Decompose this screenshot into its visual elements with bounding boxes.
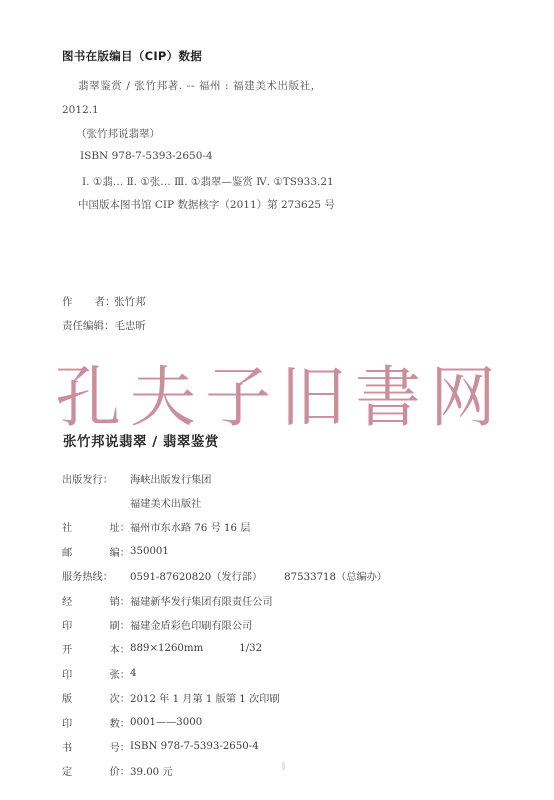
cip-line-date: 2012.1: [62, 104, 99, 116]
imprint-row-address: 社址： 福州市东水路 76 号 16 层: [62, 515, 387, 539]
label-text: 印: [62, 617, 72, 632]
imprint-label: 书号：: [62, 739, 130, 754]
cip-line-title-author: 翡翠鉴赏 / 张竹邦著. -- 福州 : 福建美术出版社,: [78, 78, 315, 93]
label-text: 数：: [110, 715, 130, 730]
book-title: 张竹邦说翡翠 / 翡翠鉴赏: [63, 430, 219, 450]
imprint-value: 39.00 元: [130, 763, 173, 778]
watermark-char: 孔: [55, 358, 125, 438]
imprint-label: 版次：: [62, 690, 130, 705]
credit-editor-value: 毛忠昕: [115, 318, 147, 333]
label-text: 价：: [110, 763, 130, 778]
imprint-label: 经销：: [62, 593, 130, 608]
label-char: 者：: [95, 296, 116, 308]
imprint-label: 开本：: [62, 641, 130, 656]
imprint-value: 福建美术出版社: [130, 495, 201, 510]
imprint-value: 海峡出版发行集团: [130, 471, 212, 486]
label-text: 编：: [110, 544, 130, 559]
imprint-value: 福州市东水路 76 号 16 层: [130, 519, 250, 534]
imprint-label: 出版发行：: [62, 471, 130, 486]
imprint-row-publisher-2: 福建美术出版社: [62, 490, 387, 514]
imprint-label: 邮编：: [62, 544, 130, 559]
watermark-char: 子: [205, 358, 275, 438]
watermark-char: 网: [430, 358, 500, 438]
label-text: 版: [62, 690, 72, 705]
label-text: 刷：: [110, 617, 130, 632]
cip-line-isbn: ISBN 978-7-5393-2650-4: [80, 150, 213, 162]
imprint-value: 福建新华发行集团有限责任公司: [130, 593, 273, 608]
imprint-row-price: 定价： 39.00 元: [62, 759, 387, 783]
label-text: 开: [62, 641, 72, 656]
label-text: 出版发行：: [62, 471, 113, 486]
cip-line-record-number: 中国版本图书馆 CIP 数据核字（2011）第 273625 号: [78, 197, 335, 212]
watermark-char: 書: [355, 358, 425, 438]
imprint-label: 定价：: [62, 763, 130, 778]
label-text: 印: [62, 666, 72, 681]
imprint-row-isbn: 书号： ISBN 978-7-5393-2650-4: [62, 734, 387, 758]
cip-title: 图书在版编目（CIP）数据: [62, 48, 202, 64]
label-text: 书: [62, 739, 72, 754]
label-text: 服务热线：: [62, 568, 113, 583]
imprint-value: 福建金盾彩色印刷有限公司: [130, 617, 252, 632]
label-text: 本：: [110, 641, 130, 656]
label-char: 作: [62, 296, 73, 308]
credit-author-value: 张竹邦: [114, 294, 146, 309]
imprint-row-format: 开本： 889×1260mm 1/32: [62, 637, 387, 661]
imprint-row-postcode: 邮编： 350001: [62, 539, 387, 563]
imprint-value: 350001: [130, 546, 169, 557]
imprint-value-2: 1/32: [239, 643, 262, 654]
cip-line-series: （张竹邦说翡翠）: [76, 126, 160, 141]
label-text: 次：: [110, 690, 130, 705]
imprint-row-publisher: 出版发行： 海峡出版发行集团: [62, 466, 387, 490]
imprint-label: 印数：: [62, 715, 130, 730]
imprint-value-2: 87533718（总编办）: [284, 568, 387, 583]
credit-editor: 责任编辑： 毛忠昕: [62, 318, 146, 333]
imprint-label: 服务热线：: [62, 568, 130, 583]
imprint-row-sheets: 印张： 4: [62, 661, 387, 685]
watermark-char: 夫: [130, 358, 200, 438]
label-text: 经: [62, 593, 72, 608]
label-text: 印: [62, 715, 72, 730]
imprint-row-printer: 印刷： 福建金盾彩色印刷有限公司: [62, 612, 387, 636]
imprint-row-print-run: 印数： 0001——3000: [62, 710, 387, 734]
label-text: 定: [62, 763, 72, 778]
label-text: 张：: [110, 666, 130, 681]
credit-author: 作者： 张竹邦: [62, 294, 146, 309]
imprint-value: 2012 年 1 月第 1 版第 1 次印刷: [130, 690, 280, 705]
label-text: 销：: [110, 593, 130, 608]
imprint-label: 社址：: [62, 519, 130, 534]
imprint-label: 印张：: [62, 666, 130, 681]
imprint-value: 0001——3000: [130, 717, 202, 728]
watermark: 孔 夫 子 旧 書 网: [55, 358, 500, 438]
watermark-char: 旧: [280, 358, 350, 438]
credit-editor-label: 责任编辑：: [62, 318, 115, 333]
label-text: 址：: [110, 519, 130, 534]
label-text: 号：: [110, 739, 130, 754]
page-mark: [282, 762, 285, 770]
imprint-row-edition: 版次： 2012 年 1 月第 1 版第 1 次印刷: [62, 686, 387, 710]
imprint-row-hotline: 服务热线： 0591-87620820（发行部） 87533718（总编办）: [62, 564, 387, 588]
imprint-label: 印刷：: [62, 617, 130, 632]
imprint-row-distributor: 经销： 福建新华发行集团有限责任公司: [62, 588, 387, 612]
label-text: 邮: [62, 544, 72, 559]
imprint-value: ISBN 978-7-5393-2650-4: [130, 741, 259, 752]
label-text: 社: [62, 519, 72, 534]
imprint-table: 出版发行： 海峡出版发行集团 福建美术出版社 社址： 福州市东水路 76 号 1…: [62, 466, 387, 783]
imprint-value: 4: [130, 668, 136, 679]
imprint-value: 0591-87620820（发行部）: [130, 568, 262, 583]
imprint-value: 889×1260mm: [130, 643, 203, 654]
cip-line-classification: Ⅰ. ①翡… Ⅱ. ①张… Ⅲ. ①翡翠—鉴赏 Ⅳ. ①TS933.21: [82, 174, 334, 189]
